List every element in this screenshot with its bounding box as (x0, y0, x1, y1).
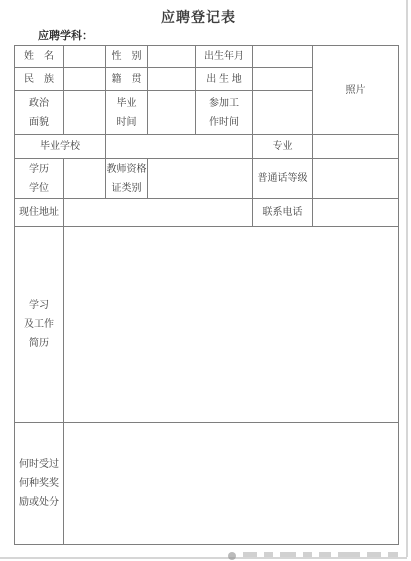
education-degree-label: 学历 学位 (15, 159, 64, 199)
work-start-time-field[interactable] (253, 91, 313, 135)
row-address: 现住地址 联系电话 (15, 199, 399, 227)
contact-phone-label: 联系电话 (253, 199, 313, 227)
row-resume: 学习 及工作 简历 (15, 227, 399, 423)
name-label: 姓 名 (15, 46, 64, 68)
birth-place-field[interactable] (253, 68, 313, 91)
putonghua-level-label: 普通话等级 (253, 159, 313, 199)
ethnicity-label: 民 族 (15, 68, 64, 91)
awards-punishments-label: 何时受过 何种奖奖 励或处分 (15, 423, 64, 545)
putonghua-level-field[interactable] (313, 159, 399, 199)
resume-label: 学习 及工作 简历 (15, 227, 64, 423)
teacher-cert-label: 教师资格 证类别 (106, 159, 148, 199)
row-education: 学历 学位 教师资格 证类别 普通话等级 (15, 159, 399, 199)
gender-label: 性 别 (106, 46, 148, 68)
application-form-page: 应聘登记表 应聘学科： 姓 名 性 别 出生年月 照片 民 族 籍 贯 出 生 … (0, 0, 411, 561)
awards-punishments-field[interactable] (64, 423, 399, 545)
major-label: 专业 (253, 135, 313, 159)
political-status-field[interactable] (64, 91, 106, 135)
native-place-field[interactable] (148, 68, 196, 91)
page-edge-right (406, 0, 408, 557)
gender-field[interactable] (148, 46, 196, 68)
graduation-time-label: 毕业 时间 (106, 91, 148, 135)
graduation-school-field[interactable] (106, 135, 253, 159)
birth-place-label: 出 生 地 (196, 68, 253, 91)
teacher-cert-field[interactable] (148, 159, 253, 199)
name-field[interactable] (64, 46, 106, 68)
graduation-time-field[interactable] (148, 91, 196, 135)
page-title: 应聘登记表 (0, 7, 397, 27)
birth-date-field[interactable] (253, 46, 313, 68)
row-school: 毕业学校 专业 (15, 135, 399, 159)
birth-date-label: 出生年月 (196, 46, 253, 68)
current-address-label: 现住地址 (15, 199, 64, 227)
application-form-table: 姓 名 性 别 出生年月 照片 民 族 籍 贯 出 生 地 政治 面貌 毕业 时… (14, 45, 399, 545)
current-address-field[interactable] (64, 199, 253, 227)
major-field[interactable] (313, 135, 399, 159)
contact-phone-field[interactable] (313, 199, 399, 227)
partial-watermark (228, 552, 406, 561)
applied-subject-label: 应聘学科： (38, 27, 93, 43)
native-place-label: 籍 贯 (106, 68, 148, 91)
row-awards: 何时受过 何种奖奖 励或处分 (15, 423, 399, 545)
photo-cell[interactable]: 照片 (313, 46, 399, 135)
row-name: 姓 名 性 别 出生年月 照片 (15, 46, 399, 68)
resume-field[interactable] (64, 227, 399, 423)
ethnicity-field[interactable] (64, 68, 106, 91)
graduation-school-label: 毕业学校 (15, 135, 106, 159)
political-status-label: 政治 面貌 (15, 91, 64, 135)
education-degree-field[interactable] (64, 159, 106, 199)
work-start-time-label: 参加工 作时间 (196, 91, 253, 135)
watermark-logo-icon (228, 552, 236, 560)
